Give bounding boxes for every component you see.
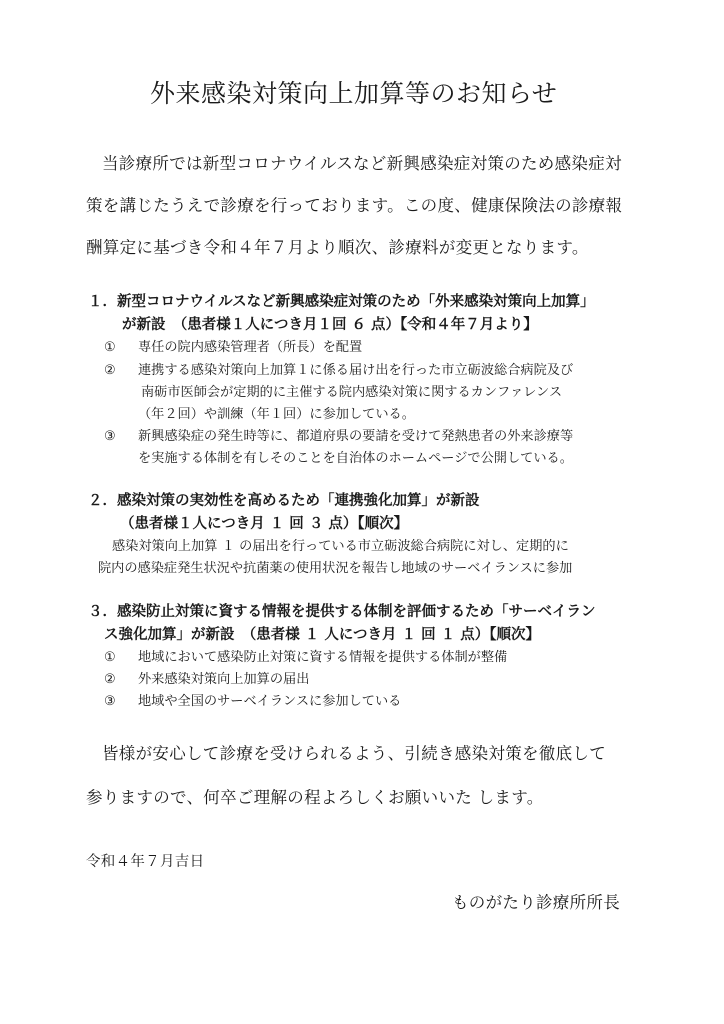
section-2-body-1: 感染対策向上加算 １ の届出を行っている市立砺波総合病院に対し、定期的に — [112, 535, 569, 554]
section-1-heading-2: が新設 （患者様１人につき月１回 ６ 点）【令和４年７月より】 — [122, 313, 538, 334]
signature: ものがたり診療所所長 — [452, 889, 620, 913]
intro-line-3: 酬算定に基づき令和４年７月より順次、診療料が変更となります。 — [86, 234, 589, 258]
intro-line-1: 当診療所では新型コロナウイルスなど新興感染症対策のため感染症対 — [102, 150, 622, 174]
section-1-item-1: ①専任の院内感染管理者（所長）を配置 — [104, 336, 362, 355]
closing-line-1: 皆様が安心して診療を受けられるよう、引続き感染対策を徹底して — [102, 740, 606, 764]
intro-line-2: 策を講じたうえで診療を行っております。この度、健康保険法の診療報 — [86, 192, 622, 216]
section-3-item-3: ③地域や全国のサーベイランスに参加している — [104, 690, 401, 709]
section-1-item-3-cont: を実施する体制を有しそのことを自治体のホームページで公開している。 — [138, 447, 573, 466]
section-1-item-3: ③新興感染症の発生時等に、都道府県の要請を受けて発熱患者の外来診療等 — [104, 425, 573, 444]
page-title: 外来感染対策向上加算等のお知らせ — [150, 74, 557, 110]
section-3-heading-1: ３．感染防止対策に資する情報を提供する体制を評価するため「サーベイラン — [88, 600, 596, 621]
section-3-item-1: ①地域において感染防止対策に資する情報を提供する体制が整備 — [104, 646, 507, 665]
section-2-body-2: 院内の感染症発生状況や抗菌薬の使用状況を報告し地域のサーベイランスに参加 — [98, 557, 572, 576]
section-2-heading-1: ２．感染対策の実効性を高めるため「連携強化加算」が新設 — [88, 489, 480, 510]
date: 令和４年７月吉日 — [86, 850, 204, 871]
section-3-heading-2: ス強化加算」が新設 （患者様 １ 人につき月 １ 回 １ 点）【順次】 — [104, 623, 540, 644]
closing-line-2: 参りますので、何卒ご理解の程よろしくお願いいた します。 — [86, 784, 544, 808]
section-2-heading-2: （患者様１人につき月 １ 回 ３ 点）【順次】 — [120, 512, 408, 533]
section-1-item-2: ②連携する感染対策向上加算１に係る届け出を行った市立砺波総合病院及び — [104, 359, 573, 378]
section-1-item-2-cont-2: （年２回）や訓練（年１回）に参加している。 — [138, 403, 415, 422]
section-1-item-2-cont-1: 南砺市医師会が定期的に主催する院内感染対策に関するカンファレンス — [141, 381, 562, 400]
section-1-heading-1: １．新型コロナウイルスなど新興感染症対策のため「外来感染対策向上加算」 — [88, 290, 595, 311]
section-3-item-2: ②外来感染対策向上加算の届出 — [104, 668, 309, 687]
